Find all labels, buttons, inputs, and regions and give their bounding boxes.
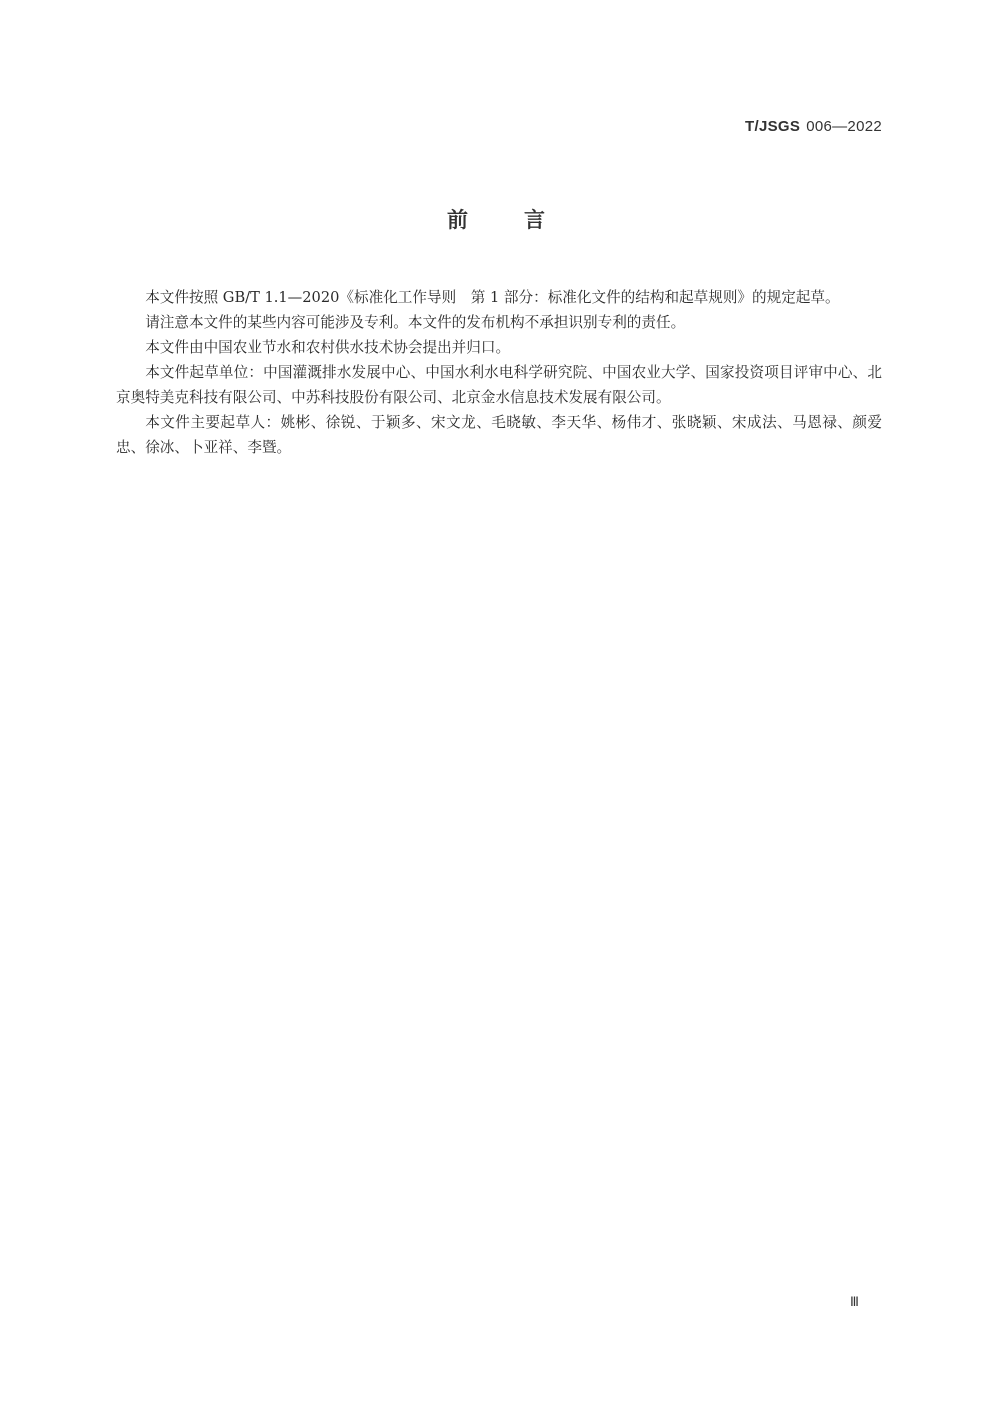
paragraph-drafting-rules: 本文件按照 GB/T 1.1—2020《标准化工作导则 第 1 部分：标准化文件… bbox=[116, 285, 882, 310]
paragraph-proposer: 本文件由中国农业节水和农村供水技术协会提出并归口。 bbox=[116, 335, 882, 360]
page-title: 前言 bbox=[0, 204, 992, 234]
page-number: Ⅲ bbox=[850, 1294, 859, 1310]
foreword-body: 本文件按照 GB/T 1.1—2020《标准化工作导则 第 1 部分：标准化文件… bbox=[116, 285, 882, 460]
document-code: T/JSGS006—2022 bbox=[745, 118, 882, 135]
paragraph-drafting-units: 本文件起草单位：中国灌溉排水发展中心、中国水利水电科学研究院、中国农业大学、国家… bbox=[116, 360, 882, 410]
document-code-prefix: T/JSGS bbox=[745, 118, 800, 135]
paragraph-drafters: 本文件主要起草人：姚彬、徐锐、于颖多、宋文龙、毛晓敏、李天华、杨伟才、张晓颖、宋… bbox=[116, 410, 882, 460]
document-code-number: 006—2022 bbox=[806, 118, 882, 135]
paragraph-patent-notice: 请注意本文件的某些内容可能涉及专利。本文件的发布机构不承担识别专利的责任。 bbox=[116, 310, 882, 335]
